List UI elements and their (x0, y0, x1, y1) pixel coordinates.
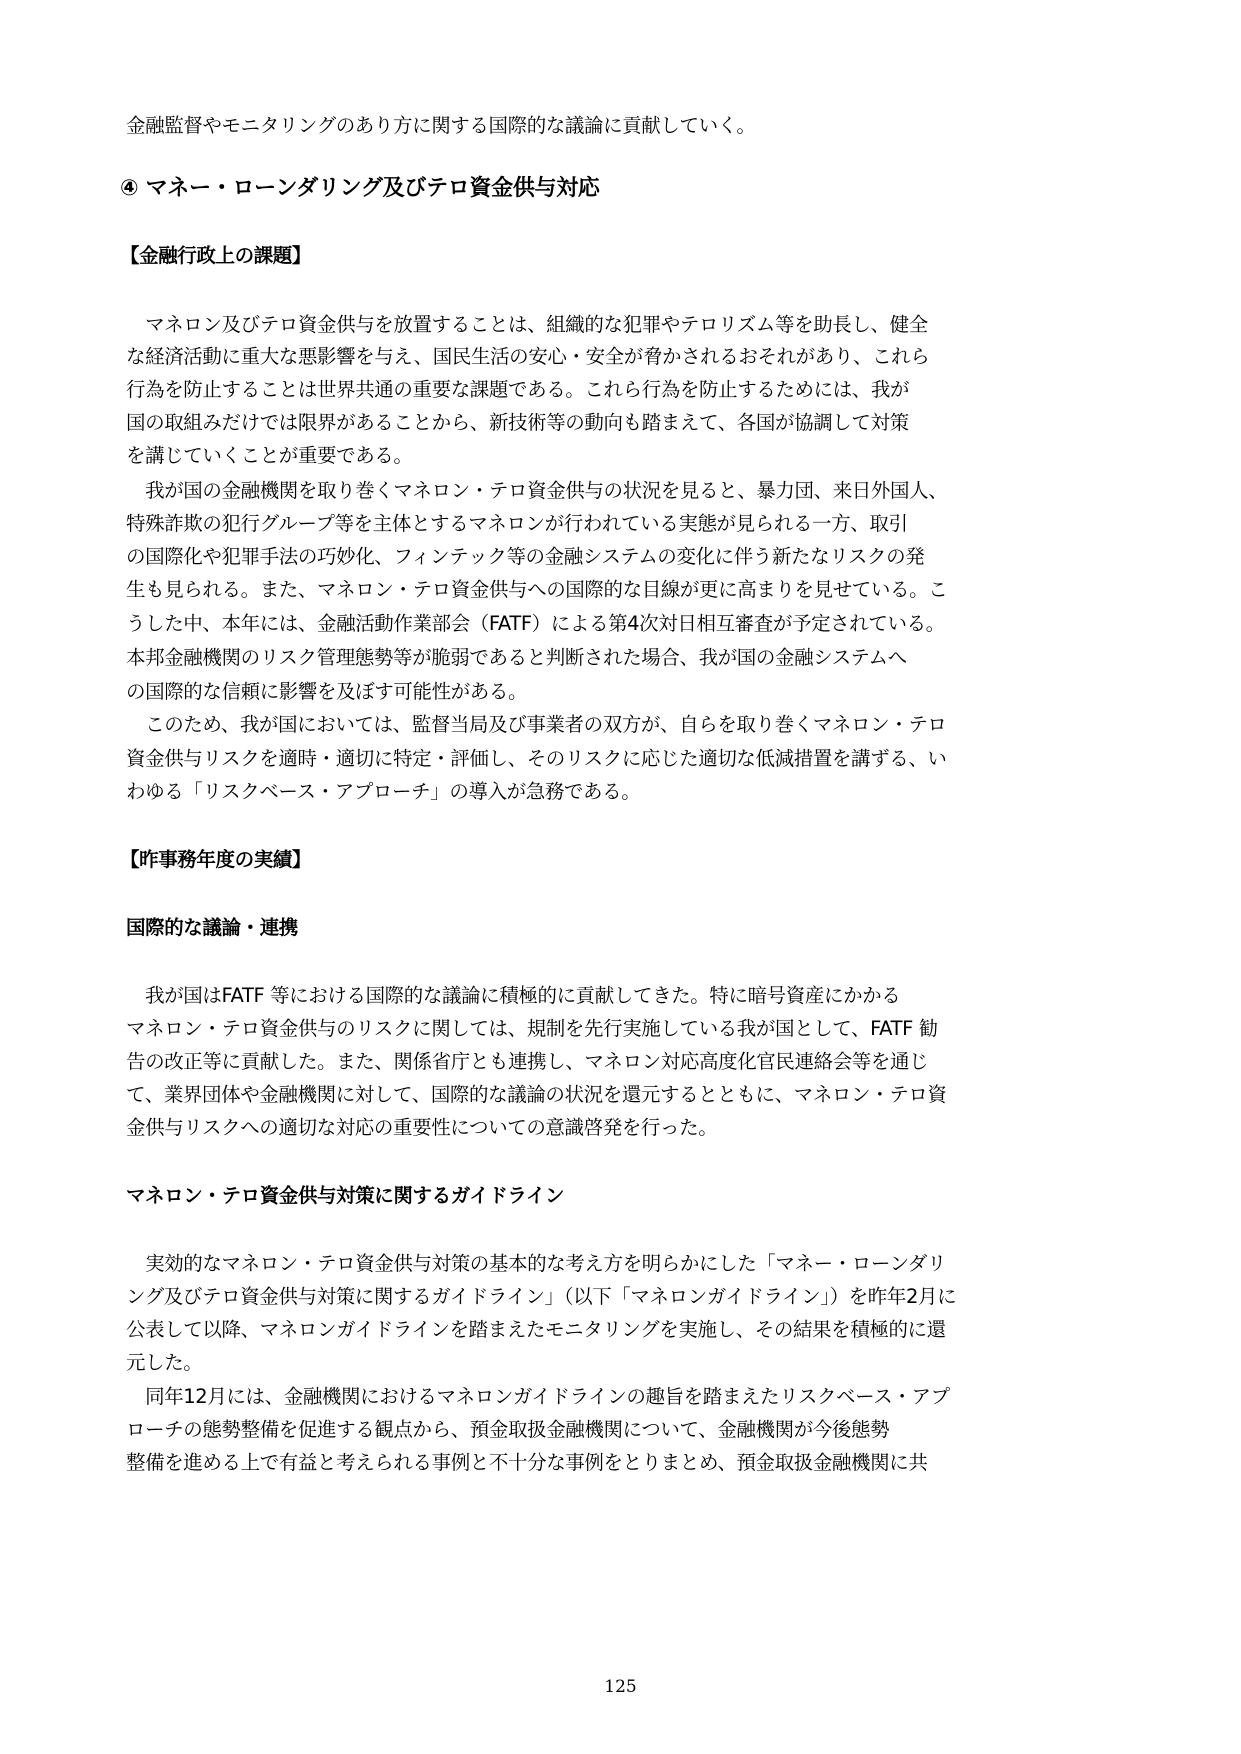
page-number: 125 (0, 1677, 1241, 1697)
text-line: マネロン・テロ資金供与のリスクに関しては、規制を先行実施している我が国として、F… (126, 1019, 938, 1039)
intro-line: 金融監督やモニタリングのあり方に関する国際的な議論に貢献していく。 (126, 116, 756, 136)
text-line: 資金供与リスクを適時・適切に特定・評価し、そのリスクに応じた適切な低減措置を講ず… (126, 749, 947, 769)
text-line: 告の改正等に貢献した。また、関係省庁とも連携し、マネロン対応高度化官民連絡会等を… (126, 1052, 928, 1072)
topic-title-international: 国際的な議論・連携 (126, 918, 298, 938)
text-line: の国際化や犯罪手法の巧妙化、フィンテック等の金融システムの変化に伴う新たなリスク… (126, 547, 924, 567)
text-line: な経済活動に重大な悪影響を与え、国民生活の安心・安全が脅かされるおそれがあり、こ… (126, 347, 929, 367)
text-line: うした中、本年には、金融活動作業部会（FATF）による第4次対日相互審査が予定さ… (126, 614, 945, 634)
text-line: 生も見られる。また、マネロン・テロ資金供与への国際的な目線が更に高まりを見せてい… (126, 580, 947, 600)
text-line: の国際的な信頼に影響を及ぼす可能性がある。 (126, 682, 527, 702)
text-line: 特殊詐欺の犯行グループ等を主体とするマネロンが行われている実態が見られる一方、取… (126, 514, 908, 534)
text-line: て、業界団体や金融機関に対して、国際的な議論の状況を還元するとともに、マネロン・… (126, 1085, 947, 1105)
text-line: 整備を進める上で有益と考えられる事例と不十分な事例をとりまとめ、預金取扱金融機関… (126, 1453, 927, 1473)
text-line: ローチの態勢整備を促進する観点から、預金取扱金融機関について、金融機関が今後態勢 (126, 1420, 889, 1440)
text-line: 公表して以降、マネロンガイドラインを踏まえたモニタリングを実施し、その結果を積極… (126, 1320, 946, 1340)
text-line: 金供与リスクへの適切な対応の重要性についての意識啓発を行った。 (126, 1118, 717, 1138)
text-line: ング及びテロ資金供与対策に関するガイドライン」（以下「マネロンガイドライン」）を… (126, 1287, 956, 1307)
text-line: わゆる「リスクベース・アプローチ」の導入が急務である。 (126, 782, 640, 802)
text-line: 行為を防止することは世界共通の重要な課題である。これら行為を防止するためには、我… (126, 380, 909, 400)
text-line: 実効的なマネロン・テロ資金供与対策の基本的な考え方を明らかにした「マネー・ローン… (126, 1254, 946, 1274)
text-line: 本邦金融機関のリスク管理態勢等が脆弱であると判断された場合、我が国の金融システム… (126, 648, 907, 668)
subsection-title-results: 【昨事務年度の実績】 (120, 850, 311, 870)
text-line: このため、我が国においては、監督当局及び事業者の双方が、自らを取り巻くマネロン・… (126, 715, 947, 735)
topic-title-guidelines: マネロン・テロ資金供与対策に関するガイドライン (126, 1186, 564, 1206)
subsection-title-issues: 【金融行政上の課題】 (120, 246, 311, 266)
text-line: 我が国の金融機関を取り巻くマネロン・テロ資金供与の状況を見ると、暴力団、来日外国… (126, 481, 947, 501)
text-line: 我が国はFATF 等における国際的な議論に積極的に貢献してきた。特に暗号資産にか… (126, 986, 900, 1006)
text-line: マネロン及びテロ資金供与を放置することは、組織的な犯罪やテロリズム等を助長し、健… (126, 315, 928, 335)
text-line: 同年12月には、金融機関におけるマネロンガイドラインの趣旨を踏まえたリスクベース… (126, 1387, 950, 1407)
text-line: を講じていくことが重要である。 (126, 446, 413, 466)
text-line: 元した。 (126, 1353, 202, 1373)
section-heading: ④ マネー・ローンダリング及びテロ資金供与対応 (120, 178, 600, 200)
text-line: 国の取組みだけでは限界があることから、新技術等の動向も踏まえて、各国が協調して対… (126, 413, 909, 433)
